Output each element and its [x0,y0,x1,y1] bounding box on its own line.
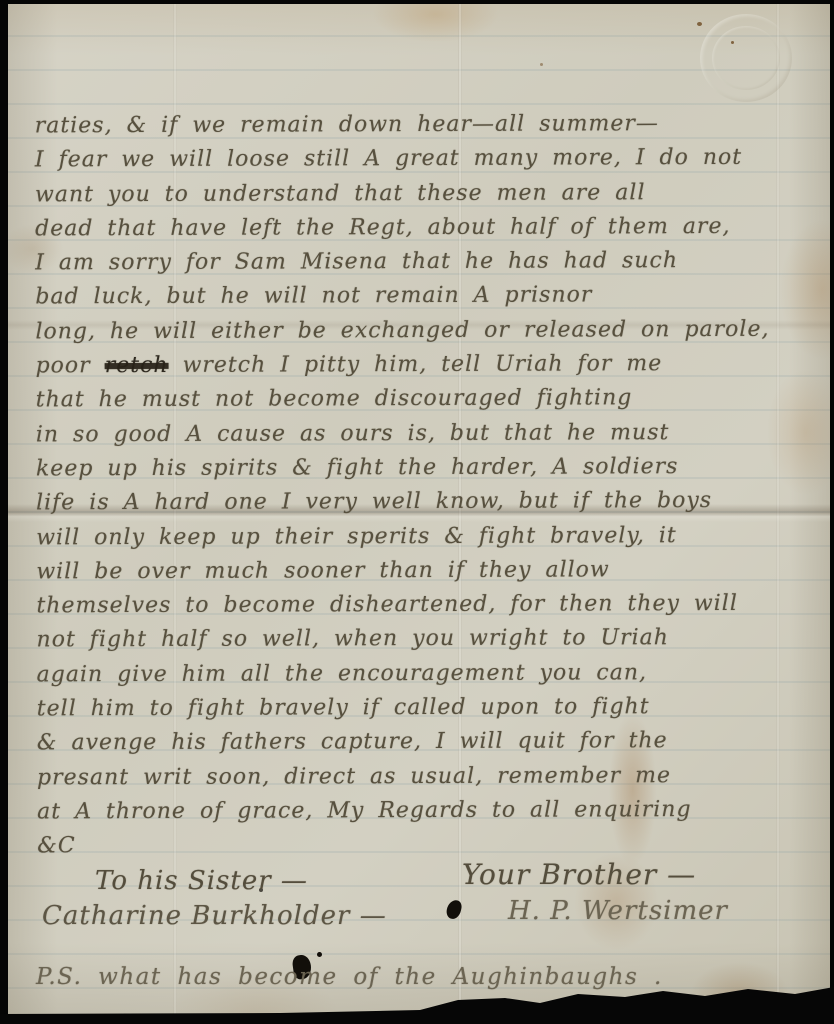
closing-from-line: Your Brother — [462,858,696,891]
signature: H. P. Wertsimer [508,896,728,926]
struck-word: retch [105,353,169,378]
closing-to-line: To his Sister — [95,866,308,896]
letter-line: I am sorry for Sam Misena that he has ha… [35,244,817,281]
letter-line: keep up his spirits & fight the harder, … [36,450,818,487]
letter-line: & avenge his fathers capture, I will qui… [37,724,819,761]
stain-speck [540,63,543,66]
letter-line: presant writ soon, direct as usual, reme… [37,758,819,795]
letter-line: at A throne of grace, My Regards to all … [37,793,819,830]
recipient-name: Catharine Burkholder — [42,901,387,931]
letter-line: &C [37,827,819,864]
letter-line: will only keep up their sperits & fight … [36,518,818,555]
embossed-seal [700,14,792,102]
letter-line: bad luck, but he will not remain A prisn… [35,278,817,315]
scanned-letter-page: { "colors": { "scan_background": "#06060… [0,0,834,1024]
letter-line: I fear we will loose still A great many … [35,141,817,178]
letter-line: themselves to become disheartened, for t… [36,587,818,624]
letter-line: raties, & if we remain down hear—all sum… [35,107,817,144]
letter-line: again give him all the encouragement you… [37,655,819,692]
postscript: P.S. what has become of the Aughinbaughs… [36,964,663,990]
letter-line: want you to understand that these men ar… [35,175,817,212]
letter-line: poor retch wretch I pitty him, tell Uria… [36,347,818,384]
stain-speck [731,41,734,44]
letter-line: dead that have left the Regt, about half… [35,210,817,247]
stain-speck [697,22,702,26]
letter-line: not fight half so well, when you wright … [36,621,818,658]
letter-line: life is A hard one I very well know, but… [36,484,818,521]
letter-line: long, he will either be exchanged or rel… [35,312,817,349]
letter-lines: raties, & if we remain down hear—all sum… [35,107,820,864]
letter-line: in so good A cause as ours is, but that … [36,415,818,452]
letter-line: tell him to fight bravely if called upon… [37,690,819,727]
ink-blot [317,952,322,957]
letter-line: will be over much sooner than if they al… [36,552,818,589]
letter-line: that he must not become discouraged figh… [36,381,818,418]
